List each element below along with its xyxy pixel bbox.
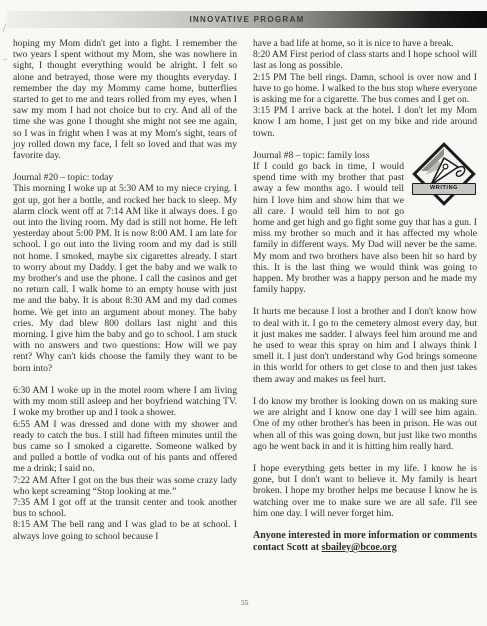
diary-entry: 8:20 AM First period of class starts and… — [253, 49, 477, 71]
continuation-paragraph: hoping my Mom didn't get into a fight. I… — [13, 38, 237, 161]
scan-artifact — [3, 23, 7, 32]
journal-20-body: This morning I woke up at 5:30 AM to my … — [13, 183, 237, 373]
contact-line: Anyone interested in more information or… — [253, 530, 477, 554]
diary-entry: 6:30 AM I woke up in the motel room wher… — [13, 385, 237, 419]
diary-entry: 7:35 AM I got off at the transit center … — [13, 497, 237, 519]
scan-artifact — [3, 55, 8, 61]
journal-8-paragraph: I do know my brother is looking down on … — [253, 396, 477, 452]
diary-entry: 7:22 AM After I got on the bus their was… — [13, 475, 237, 497]
diary-entry: 3:15 PM I arrive back at the hotel. I do… — [253, 105, 477, 139]
contact-email: sbailey@bcoe.org — [322, 542, 397, 553]
pen-nib-icon — [411, 141, 477, 213]
writing-badge-label: WRITING — [412, 183, 476, 195]
page-number: 55 — [241, 598, 249, 607]
diary-entry: 6:55 AM I was dressed and done with my s… — [13, 419, 237, 475]
left-column: hoping my Mom didn't get into a fight. I… — [13, 38, 237, 554]
writing-badge: WRITING — [411, 141, 477, 213]
journal-8-paragraph: It hurts me because I lost a brother and… — [253, 306, 477, 384]
header-banner: INNOVATIVE PROGRAM — [7, 11, 487, 28]
scanned-document-page: INNOVATIVE PROGRAM hoping my Mom didn't … — [0, 0, 487, 626]
journal-8-paragraph: I hope everything gets better in my life… — [253, 463, 477, 519]
diary-entry: 8:15 AM The bell rang and I was glad to … — [13, 519, 237, 541]
continuation-paragraph: have a bad life at home, so it is nice t… — [253, 38, 477, 49]
diary-entry: 2:15 PM The bell rings. Damn, school is … — [253, 72, 477, 106]
two-column-text: hoping my Mom didn't get into a fight. I… — [13, 38, 477, 554]
journal-20-heading: Journal #20 – topic: today — [13, 172, 237, 183]
banner-title: INNOVATIVE PROGRAM — [189, 15, 304, 24]
right-column: have a bad life at home, so it is nice t… — [253, 38, 477, 554]
